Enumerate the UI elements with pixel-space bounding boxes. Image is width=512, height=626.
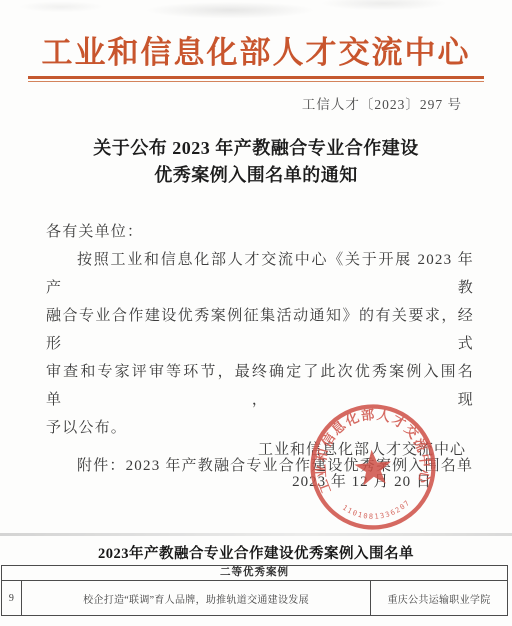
letterhead-org-name: 工业和信息化部人才交流中心 [0,27,512,72]
notice-title-line1: 关于公布 2023 年产教融合专业合作建设 [0,135,512,162]
photo-fold-shadow [0,533,512,536]
signature-date: 2023 年 12 月 20 日 [252,473,472,491]
paragraph-line: 按照工业和信息化部人才交流中心《关于开展 2023 年产教 [46,246,474,302]
seal-serial-number: 1101081336207 [340,497,413,524]
notice-title-line2: 优秀案例入围名单的通知 [0,162,512,189]
letterhead-divider-thick-line [28,76,484,79]
paragraph-line: 审查和专家评审等环节，最终确定了此次优秀案例入围名单，现 [46,358,474,414]
signature-block: 工业和信息化部人才交流中心 2023 年 12 月 20 日 [252,441,472,491]
shortlist-table: 二等优秀案例 9 校企打造“联调”育人品牌，助推轨道交通建设发展 重庆公共运输职… [1,565,508,616]
table-cell-case-title: 校企打造“联调”育人品牌，助推轨道交通建设发展 [22,581,371,615]
paragraph-line: 予以公布。 [46,414,474,442]
signature-org: 工业和信息化部人才交流中心 [252,441,472,459]
document-number: 工信人才〔2023〕297 号 [302,93,462,113]
svg-text:1101081336207: 1101081336207 [340,497,413,524]
table-category-header: 二等优秀案例 [2,566,507,581]
notice-title: 关于公布 2023 年产教融合专业合作建设 优秀案例入围名单的通知 [0,135,512,189]
shortlist-table-title: 2023年产教融合专业合作建设优秀案例入围名单 [0,542,512,563]
table-cell-index: 9 [2,581,22,615]
notice-document-page: 工业和信息化部人才交流中心 工信人才〔2023〕297 号 关于公布 2023 … [0,0,512,626]
paragraph-line: 融合专业合作建设优秀案例征集活动通知》的有关要求，经形式 [46,302,474,358]
letterhead-divider [28,76,484,82]
salutation: 各有关单位： [46,219,474,246]
table-cell-institution: 重庆公共运输职业学院 [371,581,507,615]
table-row: 9 校企打造“联调”育人品牌，助推轨道交通建设发展 重庆公共运输职业学院 [2,581,507,615]
letterhead-divider-thin-line [28,81,484,82]
